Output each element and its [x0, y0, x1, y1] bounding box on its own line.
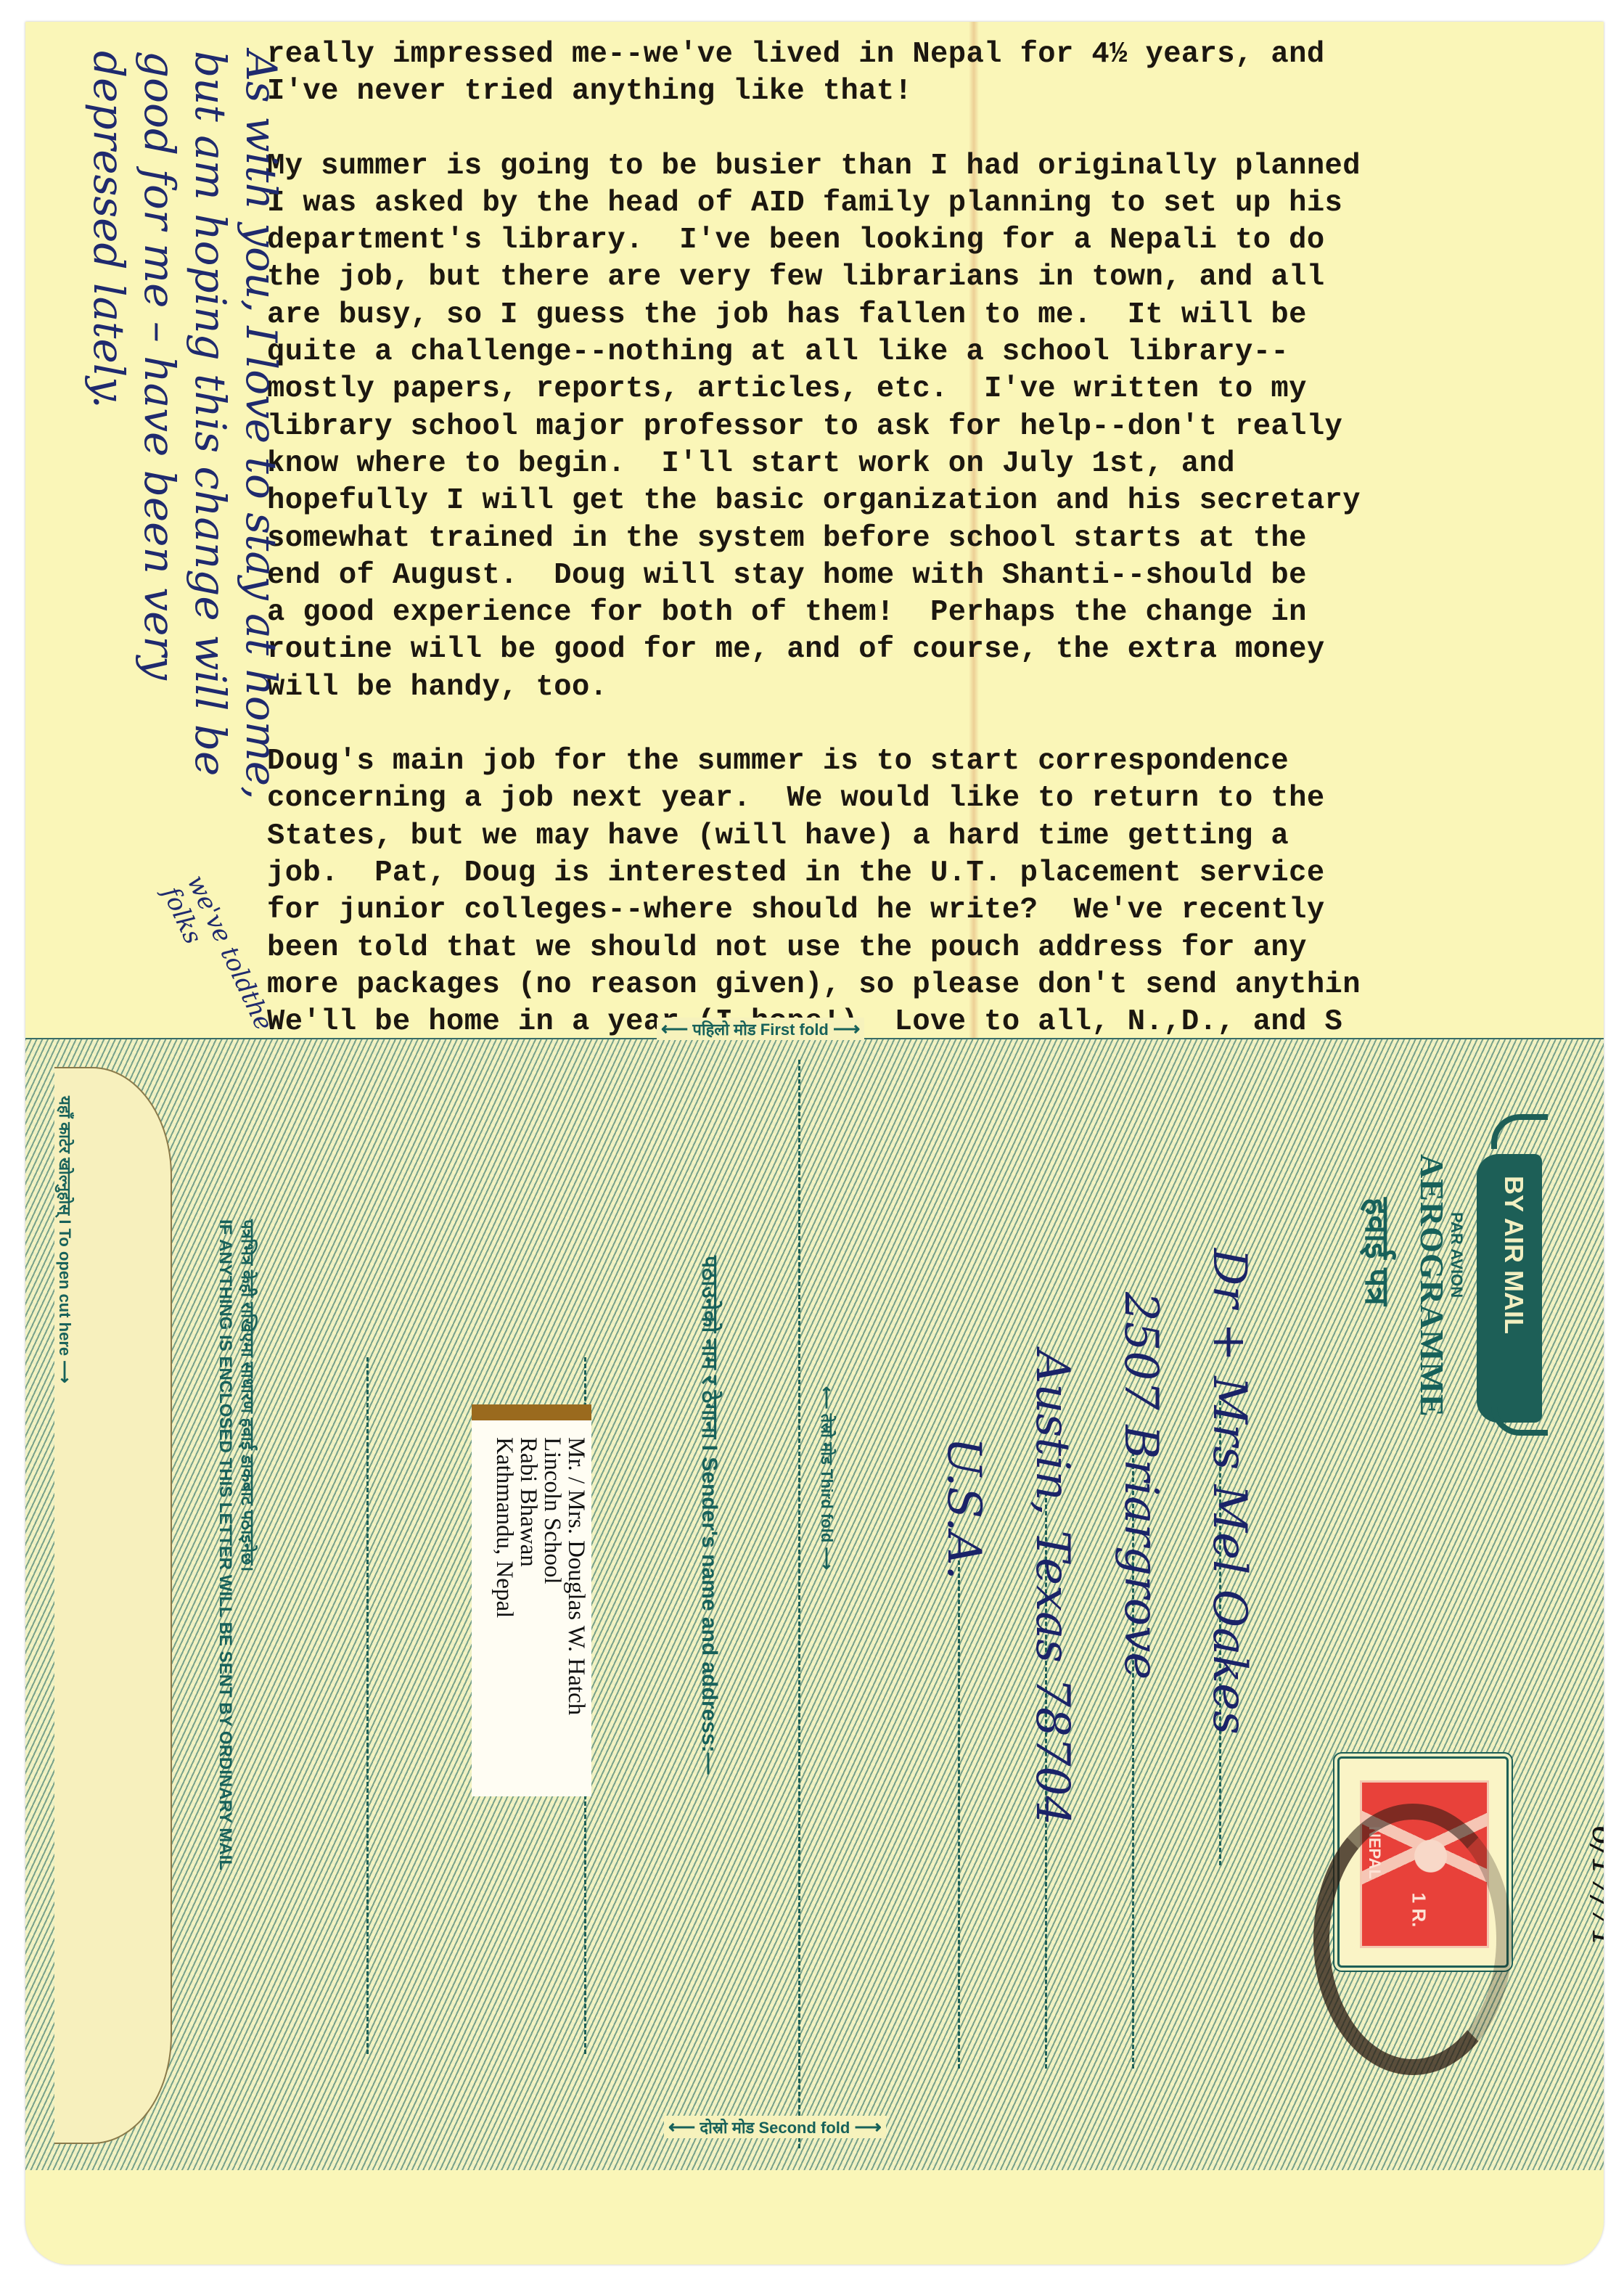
letter-line: job. Pat, Doug is interested in the U.T.… [267, 855, 1604, 892]
sender-address-text: Mr. / Mrs. Douglas W. HatchLincoln Schoo… [492, 1437, 588, 1715]
letter-line: more packages (no reason given), so plea… [267, 967, 1604, 1004]
letter-line: I've never tried anything like that! [267, 73, 1604, 110]
recipient-address-line: Austin, Texas 78704 [1008, 1248, 1096, 1825]
margin-note-line: good for me – have been very [134, 51, 185, 1009]
letter-line: department's library. I've been looking … [267, 222, 1604, 259]
letter-line: I was asked by the head of AID family pl… [267, 185, 1604, 222]
aerogramme-title: AEROGRAMME [1413, 1154, 1451, 1417]
third-fold-label: ⟵ तेस्रो मोड Third fold ⟶ [816, 1386, 838, 1570]
recipient-address-line: Dr + Mrs Mel Oakes [1185, 1248, 1274, 1825]
sender-address-label: Mr. / Mrs. Douglas W. HatchLincoln Schoo… [472, 1404, 591, 1796]
letter-paragraph: really impressed me--we've lived in Nepa… [267, 36, 1604, 111]
bottom-flap [25, 2170, 1604, 2265]
letter-line: a good experience for both of them! Perh… [267, 594, 1604, 631]
letter-line: quite a challenge--nothing at all like a… [267, 334, 1604, 371]
letter-line: will be handy, too. [267, 669, 1604, 706]
typed-letter-body: really impressed me--we've lived in Nepa… [267, 36, 1604, 1078]
letter-line: routine will be good for me, and of cour… [267, 631, 1604, 668]
sender-address-line: Rabi Bhawan [516, 1437, 540, 1715]
sender-address-line: Lincoln School [540, 1437, 564, 1715]
margin-note-line: As with you, I love to stay at home, [236, 51, 287, 1009]
by-air-mail-badge: BY AIR MAIL [1477, 1154, 1542, 1423]
letter-line: are busy, so I guess the job has fallen … [267, 297, 1604, 334]
letter-line: My summer is going to be busier than I h… [267, 148, 1604, 185]
margin-note-line: but am hoping this change will be [185, 51, 236, 1009]
postmark-cancellation [1313, 1804, 1512, 2075]
recipient-address-line: 2507 Briargrove [1096, 1248, 1185, 1825]
letter-line: Doug's main job for the summer is to sta… [267, 743, 1604, 780]
letter-line: the job, but there are very few libraria… [267, 259, 1604, 296]
aerogramme-sheet: really impressed me--we've lived in Nepa… [25, 22, 1604, 2265]
letter-paragraph: My summer is going to be busier than I h… [267, 148, 1604, 706]
second-fold-label: ⟵ दोस्रो मोड Second fold ⟶ [664, 2116, 886, 2138]
arrow-right-icon: ⟶ [818, 1547, 836, 1570]
letter-line: mostly papers, reports, articles, etc. I… [267, 371, 1604, 408]
letter-line: somewhat trained in the system before sc… [267, 520, 1604, 557]
letter-line: hopefully I will get the basic organizat… [267, 483, 1604, 520]
open-here-instruction: यहाँ काटेर खोल्नुहोस् I To open cut here… [54, 1096, 76, 1383]
arrow-right-icon: ⟶ [833, 1018, 860, 1039]
letter-line: concerning a job next year. We would lik… [267, 780, 1604, 817]
first-fold-label: ⟵ पहिलो मोड First fold ⟶ [657, 1018, 864, 1040]
letter-paragraph: Doug's main job for the summer is to sta… [267, 743, 1604, 1041]
handwritten-margin-note: As with you, I love to stay at home,but … [47, 51, 287, 1009]
letter-line: really impressed me--we've lived in Nepa… [267, 36, 1604, 73]
handwritten-date: 6/17/71 [1585, 1825, 1604, 1949]
sender-address-line: Kathmandu, Nepal [492, 1437, 516, 1715]
letter-line: for junior colleges--where should he wri… [267, 892, 1604, 929]
margin-note-line: depressed lately. [83, 51, 134, 1009]
label-tape [472, 1404, 591, 1420]
letter-line: library school major professor to ask fo… [267, 409, 1604, 446]
aerogramme-title-devanagari: हवाई पत्र [1356, 1198, 1401, 1306]
sender-name-caption: पठाउनेको नाम र ठेगाना I Sender's name an… [696, 1256, 726, 1775]
letter-line: end of August. Doug will stay home with … [267, 557, 1604, 594]
letter-line: been told that we should not use the pou… [267, 930, 1604, 967]
recipient-address-line: U.S.A. [919, 1248, 1008, 1825]
sender-address-line: Mr. / Mrs. Douglas W. Hatch [564, 1437, 588, 1715]
recipient-address: Dr + Mrs Mel Oakes2507 BriargroveAustin,… [919, 1248, 1274, 1825]
sender-line [366, 1357, 369, 2054]
arrow-left-icon: ⟵ [668, 2116, 695, 2137]
arrow-right-icon: ⟶ [56, 1360, 74, 1383]
arrow-right-icon: ⟶ [854, 2116, 881, 2137]
letter-line: States, but we may have (will have) a ha… [267, 818, 1604, 855]
letter-line: We'll be home in a year (I hope!) Love t… [267, 1004, 1604, 1041]
letter-line: know where to begin. I'll start work on … [267, 446, 1604, 483]
arrow-left-icon: ⟵ [661, 1018, 688, 1039]
arrow-left-icon: ⟵ [818, 1386, 836, 1410]
enclosed-warning: पत्रभित्र केही राखिएमा साधारण हवाई डाकबा… [214, 1219, 258, 1870]
third-fold-line [798, 1060, 800, 2148]
